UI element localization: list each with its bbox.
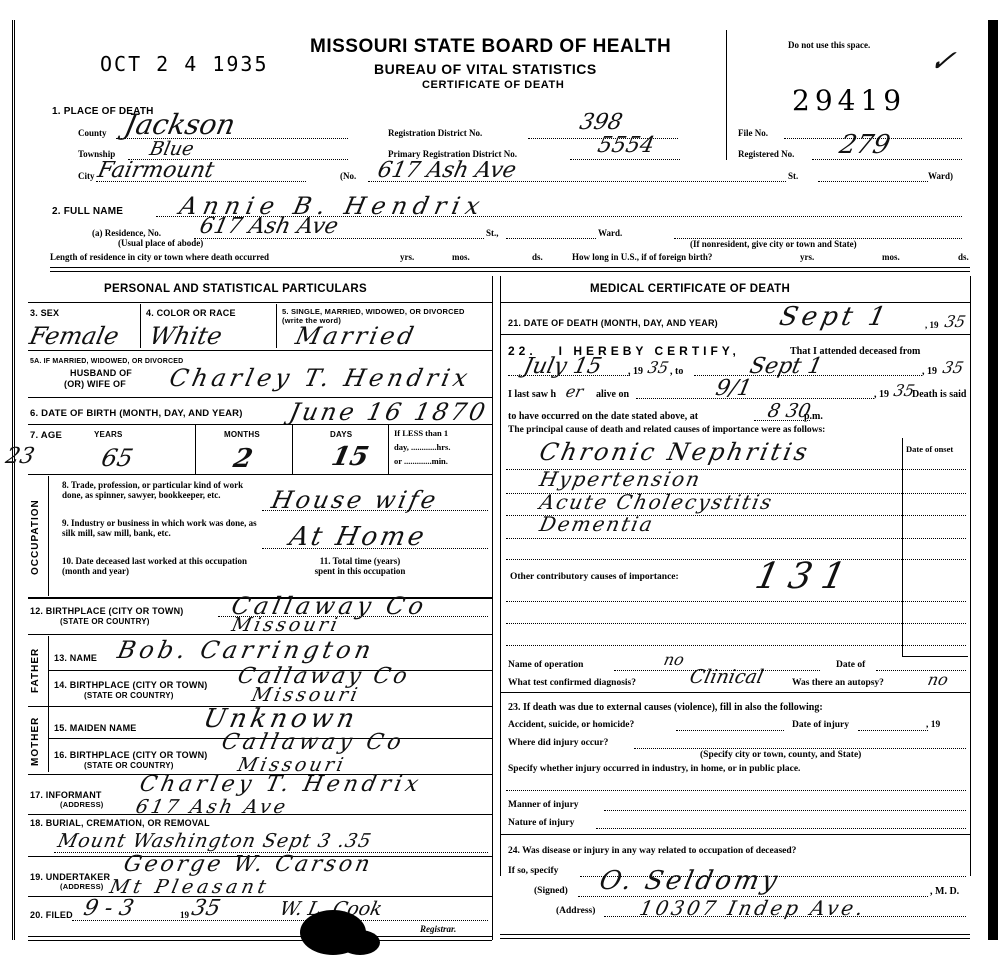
length-ds: ds.: [532, 252, 543, 262]
ward-label: Ward): [928, 171, 953, 181]
race-marital-divider: [276, 304, 277, 348]
sex-value[interactable]: Female: [27, 322, 121, 350]
undertaker-address-value[interactable]: Mt Pleasant: [108, 876, 272, 898]
form-certificate-label: CERTIFICATE OF DEATH: [422, 79, 564, 91]
cause-line-6: [506, 601, 966, 602]
residence-value[interactable]: 617 Ash Ave: [197, 214, 340, 239]
do-not-use-label: Do not use this space.: [788, 40, 870, 50]
father-birthplace-state-value[interactable]: Missouri: [250, 684, 363, 706]
father-name-label: 13. NAME: [54, 653, 97, 663]
age-months-value[interactable]: 2: [231, 444, 255, 474]
months-label: MONTHS: [224, 430, 260, 439]
cause-4[interactable]: Dementia: [537, 512, 656, 536]
mother-maiden-label: 15. MAIDEN NAME: [54, 723, 137, 733]
attended-to-year-prefix: , 19: [922, 366, 937, 377]
right-bottom-rule: [500, 934, 970, 939]
address-label: (Address): [556, 906, 595, 916]
race-label: 4. COLOR OR RACE: [146, 308, 236, 318]
us-ds: ds.: [958, 252, 969, 262]
informant-value[interactable]: Charley T. Hendrix: [137, 772, 424, 797]
row-rule-6: [28, 634, 492, 635]
certificate-number: 29419: [792, 84, 906, 117]
cause-3[interactable]: Acute Cholecystitis: [537, 490, 775, 514]
right-col-border: [970, 276, 971, 876]
no-label: (No.: [340, 171, 356, 181]
birthplace-label: 12. BIRTHPLACE (CITY OR TOWN): [30, 606, 183, 616]
county-value[interactable]: Jackson: [121, 108, 238, 141]
cause-2[interactable]: Hypertension: [537, 467, 703, 491]
signed-label: (Signed): [534, 886, 568, 896]
ink-blot-small: [340, 930, 380, 955]
where-injury-note: (Specify city or town, county, and State…: [700, 750, 861, 760]
medical-heading-rule: [500, 302, 970, 303]
father-birthplace-state-label: (STATE OR COUNTRY): [84, 691, 174, 700]
other-causes-label: Other contributory causes of importance:: [510, 572, 679, 582]
where-injury-label: Where did injury occur?: [508, 738, 608, 748]
dod-year-value[interactable]: 35: [943, 312, 967, 331]
attended-to-value[interactable]: Sept 1: [747, 354, 824, 379]
dod-value[interactable]: Sept 1: [777, 302, 892, 332]
township-value[interactable]: Blue: [148, 138, 196, 160]
dob-value[interactable]: June 16 1870: [287, 398, 491, 426]
occurred-label: to have occurred on the date stated abov…: [508, 411, 698, 422]
operation-value[interactable]: no: [662, 650, 686, 669]
dob-label: 6. DATE OF BIRTH (MONTH, DAY, AND YEAR): [30, 408, 243, 419]
last-saw-date-line: [636, 398, 874, 399]
age-label: 7. AGE: [30, 430, 62, 441]
city-value[interactable]: Fairmount: [95, 158, 216, 183]
manner-injury-label: Manner of injury: [508, 800, 579, 810]
mother-birthplace-label: 16. BIRTHPLACE (CITY OR TOWN): [54, 750, 207, 760]
occupation-related-label: 24. Was disease or injury in any way rel…: [508, 846, 796, 856]
length-residence-label: Length of residence in city or town wher…: [50, 252, 269, 262]
death-said-label: Death is said: [912, 389, 966, 400]
primary-registration-label: Primary Registration District No.: [388, 149, 517, 159]
filed-line: [72, 920, 488, 921]
row-rule-1: [28, 350, 492, 351]
primary-registration-value[interactable]: 5554: [595, 133, 656, 158]
mother-side-label: MOTHER: [30, 710, 41, 772]
age-divider-2: [292, 424, 293, 474]
manner-injury-line: [604, 810, 966, 811]
cause-line-7: [506, 623, 966, 624]
nonresident-note: (If nonresident, give city or town and S…: [690, 239, 857, 249]
age-days-value[interactable]: 15: [329, 442, 372, 472]
column-divider-left: [492, 276, 493, 940]
residence-ward-line: [506, 238, 596, 239]
age-divider-1: [195, 424, 196, 474]
operation-label: Name of operation: [508, 660, 583, 670]
primary-registration-line: [570, 159, 680, 160]
sex-label: 3. SEX: [30, 308, 59, 318]
injury-date-line: [858, 730, 928, 731]
cause-line-8: [506, 645, 966, 646]
informant-label: 17. INFORMANT: [30, 790, 102, 800]
us-mos: mos.: [882, 252, 900, 262]
med-rule-2: [500, 692, 970, 693]
occupation-side-divider: [48, 476, 49, 596]
form-title: MISSOURI STATE BOARD OF HEALTH: [310, 36, 671, 58]
left-bottom-rule: [28, 936, 492, 941]
last-saw-date-value[interactable]: 9/1: [713, 376, 754, 401]
principal-cause-label: The principal cause of death and related…: [508, 425, 825, 435]
dod-year-prefix: , 19: [925, 320, 939, 330]
registered-no-line: [812, 159, 962, 160]
test-label: What test confirmed diagnosis?: [508, 678, 636, 688]
informant-address-label: (ADDRESS): [60, 800, 103, 809]
accident-line: [676, 730, 784, 731]
us-yrs: yrs.: [800, 252, 814, 262]
cause-1[interactable]: Chronic Nephritis: [537, 438, 813, 466]
age-divider-3: [388, 424, 389, 474]
frame-right-bar: [988, 20, 998, 940]
us-length-label: How long in U.S., if of foreign birth?: [572, 252, 712, 262]
occupation-side-label: OCCUPATION: [30, 482, 41, 592]
md-label: , M. D.: [930, 886, 959, 897]
other-causes-mark: 131: [752, 556, 859, 597]
trade-label: 8. Trade, profession, or particular kind…: [62, 480, 262, 500]
personal-heading: PERSONAL AND STATISTICAL PARTICULARS: [104, 283, 367, 295]
header-bottom-rule: [50, 267, 970, 272]
medical-heading: MEDICAL CERTIFICATE OF DEATH: [590, 283, 790, 295]
check-mark-icon: ✓: [926, 44, 959, 79]
birthplace-state-value[interactable]: Missouri: [230, 614, 343, 636]
cause-line-4: [506, 538, 966, 539]
county-label: County: [78, 128, 107, 138]
date-onset-label: Date of onset: [906, 444, 953, 454]
father-birthplace-label: 14. BIRTHPLACE (CITY OR TOWN): [54, 680, 207, 690]
st-label: St.: [788, 171, 798, 181]
sex-race-divider: [140, 304, 141, 348]
personal-heading-rule: [28, 302, 492, 303]
registration-district-label: Registration District No.: [388, 128, 482, 138]
autopsy-label: Was there an autopsy?: [792, 678, 884, 688]
residence-ward-label: Ward.: [598, 228, 622, 238]
industry-value[interactable]: At Home: [287, 522, 430, 552]
undertaker-address-label: (ADDRESS): [60, 882, 103, 891]
mother-birthplace-state-label: (STATE OR COUNTRY): [84, 761, 174, 770]
filed-year-prefix: 19: [180, 910, 189, 920]
attended-to-year[interactable]: 35: [941, 358, 965, 377]
industry-label: 9. Industry or business in which work wa…: [62, 518, 262, 538]
race-value[interactable]: White: [147, 322, 225, 350]
test-value[interactable]: Clinical: [688, 666, 766, 688]
filed-date-value[interactable]: 9 - 3: [81, 896, 136, 921]
years-label: YEARS: [94, 430, 123, 439]
time-suffix: p.m.: [804, 411, 823, 422]
undertaker-label: 19. UNDERTAKER: [30, 872, 110, 882]
residence-label: (a) Residence, No.: [92, 228, 161, 238]
header-divider: [726, 30, 727, 160]
frame-left-border: [12, 20, 15, 940]
ward-line: [818, 181, 928, 182]
row-rule-3: [28, 424, 492, 425]
spouse-value[interactable]: Charley T. Hendrix: [167, 364, 474, 392]
column-divider-right: [500, 276, 501, 876]
registered-no-label: Registered No.: [738, 149, 794, 159]
med-rule-1: [500, 334, 970, 335]
total-time-label: 11. Total time (years) spent in this occ…: [310, 556, 410, 576]
age-years-value[interactable]: 65: [99, 444, 135, 472]
burial-value[interactable]: Mount Washington Sept 3 .35: [56, 830, 374, 852]
attended-from-year-prefix: , 19: [628, 366, 643, 377]
autopsy-value[interactable]: no: [926, 670, 950, 689]
form-subtitle: BUREAU OF VITAL STATISTICS: [374, 61, 597, 77]
spouse-label-1: 5A. IF MARRIED, WIDOWED, OR DIVORCED: [30, 358, 183, 365]
birthplace-state-label: (STATE OR COUNTRY): [60, 617, 150, 626]
injury-date-label: Date of injury: [792, 720, 849, 730]
injury-year-label: , 19: [926, 720, 940, 730]
nature-injury-line: [596, 828, 966, 829]
to-label: , to: [670, 366, 683, 377]
filed-year-value[interactable]: 35: [189, 896, 222, 921]
father-mother-split: [28, 706, 48, 707]
less-min-label: or .............min.: [394, 456, 448, 466]
file-no-label: File No.: [738, 128, 768, 138]
external-causes-label: 23. If death was due to external causes …: [508, 702, 823, 713]
parents-side-divider: [48, 636, 49, 772]
full-name-label: 2. FULL NAME: [52, 206, 123, 217]
mother-birthplace-value[interactable]: Callaway Co: [219, 730, 407, 755]
registered-no-value[interactable]: 279: [837, 130, 893, 160]
med-rule-3: [500, 834, 970, 835]
cause-line-5: [506, 559, 966, 560]
spouse-label-2: HUSBAND OF: [70, 368, 132, 378]
last-saw-pronoun[interactable]: er: [564, 382, 585, 401]
row-rule-4: [28, 474, 492, 475]
length-mos: mos.: [452, 252, 470, 262]
undertaker-value[interactable]: George W. Carson: [121, 852, 375, 877]
accident-label: Accident, suicide, or homicide?: [508, 720, 634, 730]
attended-from-year[interactable]: 35: [646, 358, 670, 377]
if-so-label: If so, specify: [508, 866, 558, 876]
spouse-label-3: (OR) WIFE OF: [64, 379, 126, 389]
less-day-label: day, ............hrs.: [394, 442, 450, 452]
residence-st-label: St.,: [486, 228, 499, 238]
specify-injury-label: Specify whether injury occurred in indus…: [508, 764, 800, 774]
registration-district-value[interactable]: 398: [577, 110, 624, 135]
physician-address[interactable]: 10307 Indep Ave.: [637, 896, 868, 920]
length-yrs: yrs.: [400, 252, 414, 262]
date-of-label: Date of: [836, 660, 865, 670]
where-injury-line: [634, 748, 966, 749]
burial-label: 18. BURIAL, CREMATION, OR REMOVAL: [30, 818, 210, 828]
last-saw-year-prefix: , 19: [874, 389, 889, 400]
filed-label: 20. FILED: [30, 910, 73, 920]
father-side-label: FATHER: [30, 640, 41, 700]
date-of-line: [876, 670, 966, 671]
days-label: DAYS: [330, 430, 352, 439]
row-rule-11: [28, 814, 492, 815]
age-margin-note: 23: [3, 444, 36, 469]
alive-on-label: alive on: [596, 389, 629, 400]
last-saw-label: I last saw h: [508, 389, 556, 400]
last-worked-label: 10. Date deceased last worked at this oc…: [62, 556, 262, 576]
physician-signature: O. Seldomy: [597, 866, 783, 896]
marital-value[interactable]: Married: [293, 322, 419, 350]
nature-injury-label: Nature of injury: [508, 818, 574, 828]
specify-injury-line: [506, 790, 966, 791]
dod-label: 21. DATE OF DEATH (MONTH, DAY, AND YEAR): [508, 318, 718, 328]
received-date-stamp: OCT 2 4 1935: [100, 52, 269, 76]
city-label: City: [78, 171, 95, 181]
attended-from-value[interactable]: July 15: [521, 354, 604, 379]
street-address-value[interactable]: 617 Ash Ave: [375, 158, 518, 183]
registrar-label: Registrar.: [420, 924, 456, 934]
father-name-value[interactable]: Bob. Carrington: [115, 636, 377, 664]
trade-value[interactable]: House wife: [269, 486, 441, 514]
onset-bottom: [902, 656, 968, 657]
usual-abode-note: (Usual place of abode): [118, 238, 203, 248]
less-than-1-label: If LESS than 1: [394, 428, 448, 438]
